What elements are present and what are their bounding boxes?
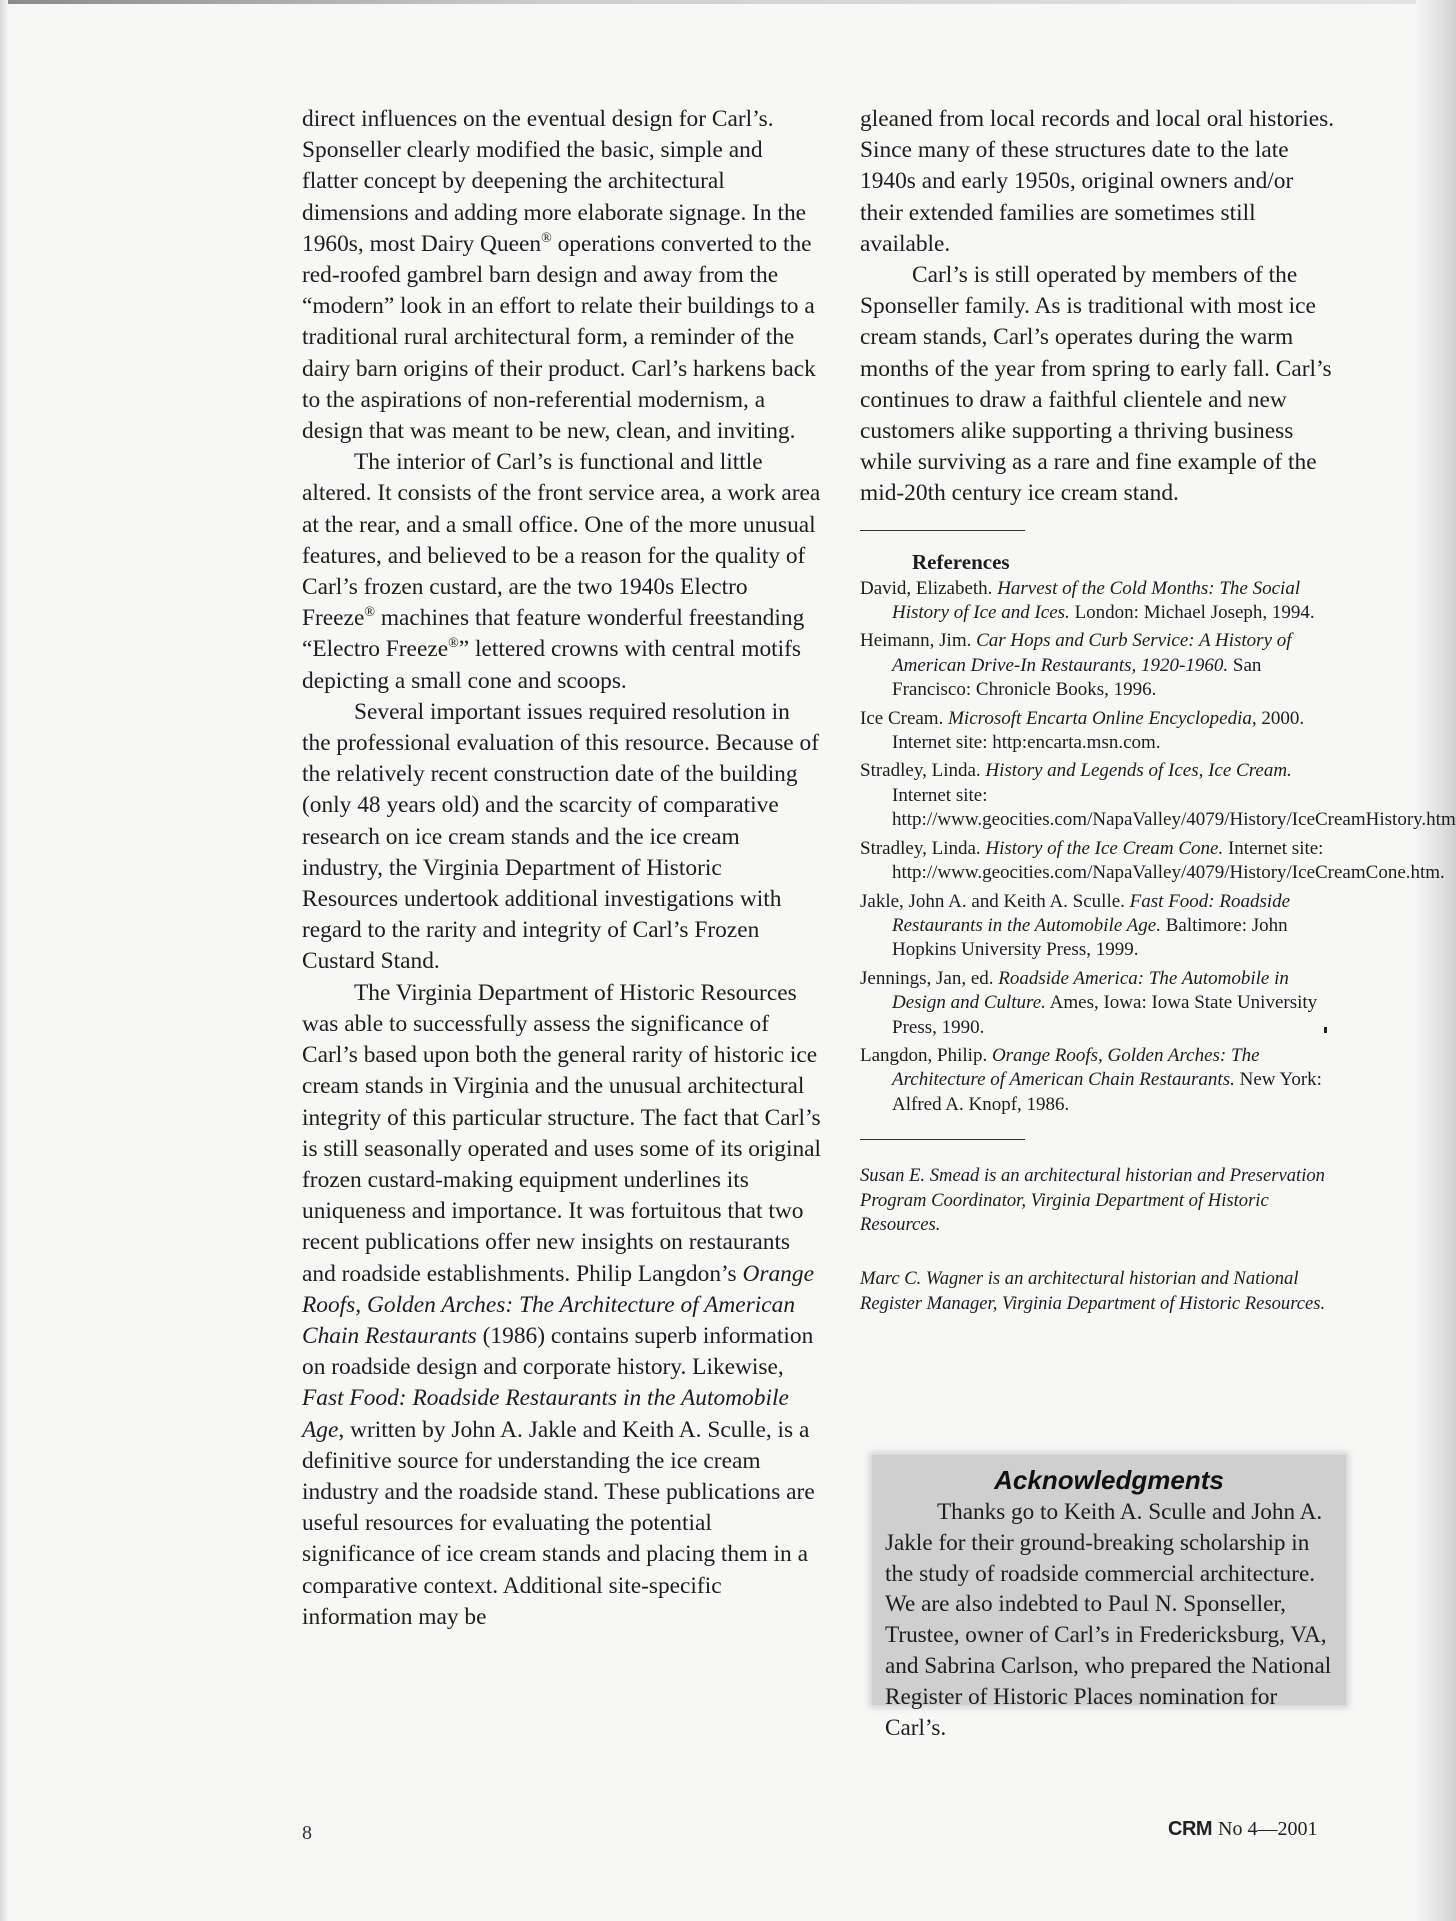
reference-author: Jennings, Jan, ed. [860,968,998,989]
author-bio-smead: Susan E. Smead is an architectural histo… [860,1164,1338,1237]
acknowledgments-heading: Acknowledgments [872,1455,1346,1495]
reference-entry: David, Elizabeth. Harvest of the Cold Mo… [860,577,1338,626]
reference-entry: Langdon, Philip. Orange Roofs, Golden Ar… [860,1044,1338,1117]
reference-entry: Stradley, Linda. History and Legends of … [860,759,1338,832]
reference-entry: Stradley, Linda. History of the Ice Crea… [860,837,1338,886]
registered-mark: ® [364,605,375,620]
left-column-paragraph: Several important issues required resolu… [302,697,822,978]
bio-divider [860,1139,1025,1140]
reference-entry: Jakle, John A. and Keith A. Sculle. Fast… [860,890,1338,963]
reference-entry: Ice Cream. Microsoft Encarta Online Ency… [860,707,1338,756]
reference-title: Microsoft Encarta Online Encyclopedia, [948,708,1257,729]
left-column-paragraph: The Virginia Department of Historic Reso… [302,978,822,1633]
right-column: gleaned from local records and local ora… [860,104,1338,1346]
acknowledgments-body: Thanks go to Keith A. Sculle and John A.… [885,1497,1343,1743]
journal-issue: No 4—2001 [1218,1818,1317,1840]
left-column: direct influences on the eventual design… [302,104,822,1633]
references-divider [860,530,1025,531]
references-list: David, Elizabeth. Harvest of the Cold Mo… [860,577,1338,1118]
page-left-edge [0,0,8,1921]
author-bio-wagner: Marc C. Wagner is an architectural histo… [860,1267,1338,1316]
reference-author: Stradley, Linda. [860,760,985,781]
text-run: operations converted to the red-roofed g… [302,231,816,444]
reference-publication: London: Michael Joseph, 1994. [1070,602,1315,623]
right-column-paragraph: gleaned from local records and local ora… [860,104,1338,260]
text-run: Carl’s is still operated by members of t… [860,262,1332,506]
journal-brand: CRM [1168,1818,1212,1840]
journal-footer: CRMNo 4—2001 [1168,1818,1318,1841]
text-run: gleaned from local records and local ora… [860,106,1334,257]
reference-title: History of the Ice Cream Cone. [985,838,1223,859]
reference-entry: Heimann, Jim. Car Hops and Curb Service:… [860,629,1338,702]
right-column-body: gleaned from local records and local ora… [860,104,1338,510]
reference-entry: Jennings, Jan, ed. Roadside America: The… [860,967,1338,1040]
text-run: The interior of Carl’s is functional and… [302,449,820,631]
left-column-paragraph: The interior of Carl’s is functional and… [302,447,822,697]
references-heading: References [860,549,1338,575]
reference-author: Jakle, John A. and Keith A. Sculle. [860,891,1130,912]
text-run: , written by John A. Jakle and Keith A. … [302,1417,815,1630]
page-top-edge [0,0,1420,4]
right-column-paragraph: Carl’s is still operated by members of t… [860,260,1338,510]
reference-author: Heimann, Jim. [860,630,976,651]
reference-author: Ice Cream. [860,708,948,729]
text-run: Several important issues required resolu… [302,699,819,975]
reference-author: Stradley, Linda. [860,838,985,859]
registered-mark: ® [541,231,552,246]
reference-author: David, Elizabeth. [860,578,997,599]
registered-mark: ® [448,636,459,651]
reference-publication: Internet site: http://www.geocities.com/… [892,785,1456,830]
text-run: The Virginia Department of Historic Reso… [302,980,821,1287]
reference-title: History and Legends of Ices, Ice Cream. [985,760,1291,781]
reference-author: Langdon, Philip. [860,1045,992,1066]
page-binding-shadow [1416,0,1456,1921]
page-number: 8 [302,1822,312,1845]
print-speck [1324,1027,1327,1033]
acknowledgments-box: Acknowledgments Thanks go to Keith A. Sc… [872,1455,1346,1705]
left-column-paragraph: direct influences on the eventual design… [302,104,822,447]
